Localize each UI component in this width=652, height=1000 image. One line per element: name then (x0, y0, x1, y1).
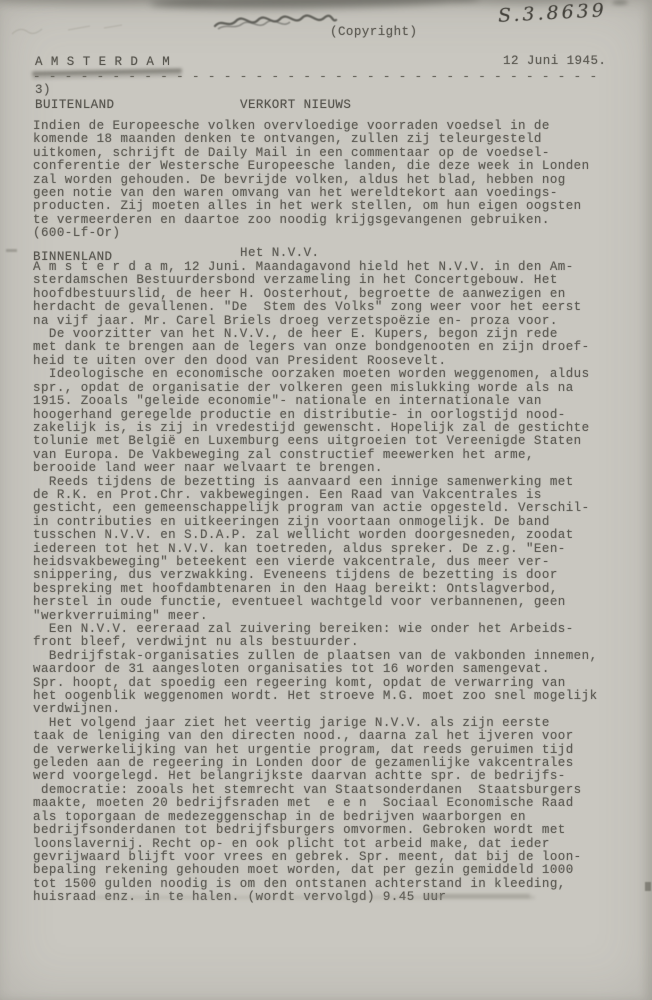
handwritten-scribble (212, 12, 338, 34)
pencil-marks (8, 16, 158, 46)
paragraph-ideological-causes: Ideologische en economische oorzaken moe… (33, 368, 631, 475)
paragraph-amsterdam-meeting: A m s t e r d a m, 12 Juni. Maandagavond… (33, 261, 631, 328)
paragraph-chairman-speech: De voorzitter van het N.V.V., de heer E.… (33, 328, 631, 368)
paragraph-cooperation-unions: Reeds tijdens de bezetting is aanvaard e… (33, 476, 631, 623)
section-binnenland: BINNENLAND (33, 250, 113, 264)
paragraph-coming-year-program: Het volgend jaar ziet het veertig jarige… (33, 717, 631, 905)
domestic-heading-row: BINNENLAND Het N.V.V. (33, 247, 631, 260)
dateline: 12 Juni 1945. (503, 55, 606, 68)
scan-smudge-top-center (150, 0, 480, 11)
bottom-smudge-heavy (425, 894, 530, 898)
page-mark: 3) (35, 84, 51, 97)
paragraph-purge-council: Een N.V.V. eereraad zal zuivering bereik… (33, 623, 631, 650)
divider-dashes: - - - - - - - - - - - - - - - - - - - - … (33, 71, 635, 85)
right-edge-mark (645, 882, 651, 891)
article-title: Het N.V.V. (240, 247, 320, 260)
paragraph-industry-organisations: Bedrijfstak-organisaties zullen de plaat… (33, 650, 631, 717)
section-buitenland: BUITENLAND (35, 99, 115, 112)
scan-smudge-dot (612, 0, 628, 5)
archive-number-handwritten: S.3.8639 (497, 0, 607, 27)
city-heading: A M S T E R D A M (35, 56, 170, 69)
margin-tick (6, 249, 17, 252)
foreign-news-paragraph: Indien de Europeesche volken overvloedig… (33, 120, 631, 241)
heading-verkort-nieuws: VERKORT NIEUWS (240, 99, 351, 112)
copyright-note: (Copyright) (330, 26, 417, 39)
article-body: Indien de Europeesche volken overvloedig… (33, 120, 631, 905)
scanned-typewritten-page: S.3.8639 (Copyright) A M S T E R D A M 1… (0, 0, 652, 1000)
